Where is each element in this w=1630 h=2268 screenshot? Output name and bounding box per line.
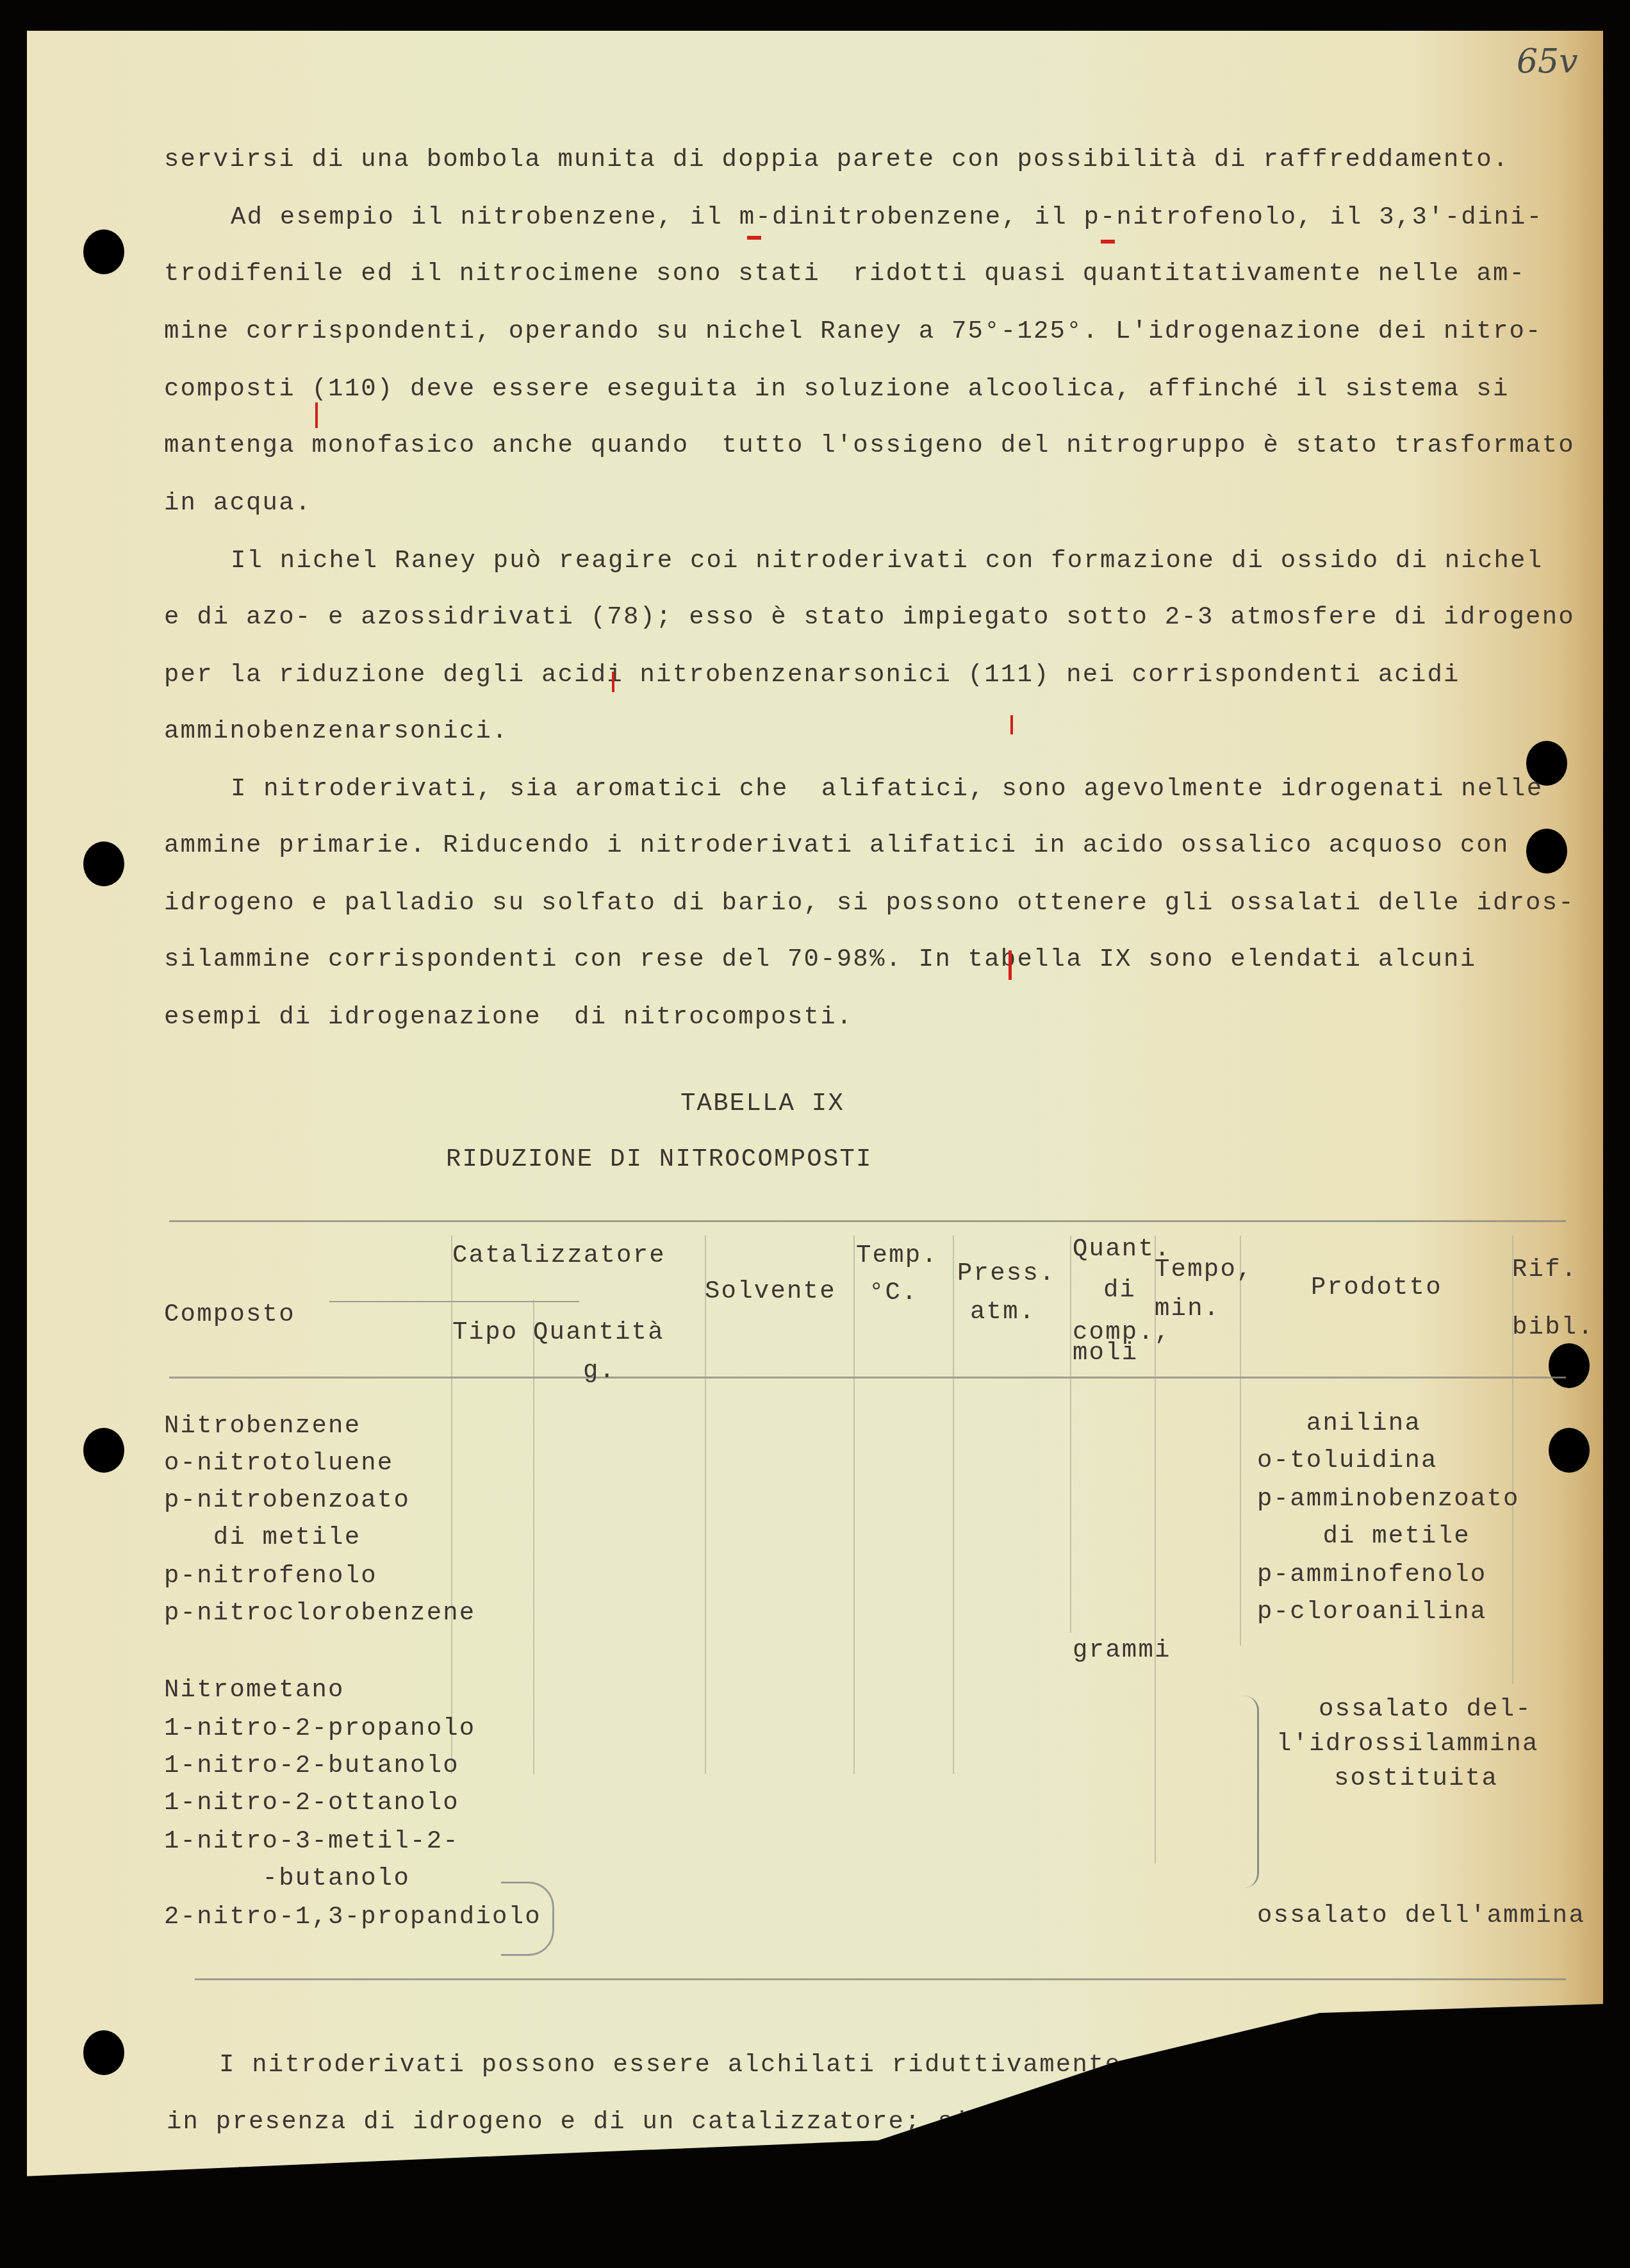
table-cell: di metile: [1257, 1524, 1470, 1549]
pencil-brace-annotation: [1244, 1696, 1259, 1888]
table-cell: Nitrobenzene: [164, 1414, 361, 1439]
header-solvente: Solvente: [705, 1279, 836, 1304]
header-prodotto: Prodotto: [1311, 1275, 1442, 1300]
punch-hole-icon: [83, 2030, 124, 2075]
red-tick-mark: [1008, 950, 1012, 980]
red-bracket-mark: [315, 402, 318, 428]
text-line: trodifenile ed il nitrocimene sono stati…: [164, 261, 1526, 286]
table-cell: sostituita: [1334, 1766, 1498, 1791]
table-cell: p-nitroclorobenzene: [164, 1601, 475, 1626]
text-line: composti (110) deve essere eseguita in s…: [164, 377, 1510, 402]
red-underline-mark: [1101, 240, 1115, 244]
punch-hole-icon: [1549, 1343, 1590, 1388]
table-title: TABELLA IX: [680, 1091, 844, 1116]
text-line: in acqua.: [164, 491, 311, 516]
header-tempo-1: Tempo,: [1155, 1257, 1253, 1282]
table-cell: o-nitrotoluene: [164, 1451, 393, 1476]
text-line: silammine corrispondenti con rese del 70…: [164, 947, 1476, 972]
header-quantita-unit: g.: [583, 1359, 616, 1384]
column-divider: [533, 1300, 534, 1774]
header-temp-2: °C.: [869, 1280, 918, 1305]
document-page: 65v servirsi di una bombola munita di do…: [27, 31, 1603, 2268]
table-cell: di metile: [164, 1525, 361, 1550]
header-quantita: Quantità: [533, 1320, 664, 1345]
red-bracket-mark: [1010, 715, 1013, 734]
text-line: in presenza di idrogeno e di un catalizz…: [167, 2110, 1528, 2135]
table-subtitle: RIDUZIONE DI NITROCOMPOSTI: [446, 1147, 873, 1172]
header-tipo: Tipo: [452, 1320, 518, 1345]
table-cell: p-nitrobenzoato: [164, 1488, 410, 1513]
table-cell: p-amminofenolo: [1257, 1562, 1486, 1587]
table-cell: ossalato del-: [1319, 1697, 1532, 1722]
text-line: mantenga monofasico anche quando tutto l…: [164, 433, 1575, 458]
text-line: Ad esempio il nitrobenzene, il m-dinitro…: [231, 205, 1543, 230]
column-divider: [451, 1236, 452, 1774]
text-line: mine corrispondenti, operando su nichel …: [164, 319, 1542, 344]
table-cell: 1-nitro-2-butanolo: [164, 1753, 459, 1778]
punch-hole-icon: [1549, 1428, 1590, 1473]
punch-hole-icon: [83, 841, 124, 886]
table-cell: anilina: [1257, 1411, 1421, 1436]
text-line: sostituite , ammine secondarie, ed in qu…: [167, 2166, 1577, 2191]
table-cell: 2-nitro-1,3-propandiolo: [164, 1905, 541, 1930]
column-divider: [853, 1236, 855, 1774]
table-cell: 1-nitro-2-ottanolo: [164, 1791, 459, 1816]
red-bracket-mark: [612, 672, 614, 692]
table-cell: Nitrometano: [164, 1678, 345, 1703]
table-cell: o-toluidina: [1257, 1448, 1438, 1473]
punch-hole-icon: [1526, 829, 1567, 873]
table-cell: p-nitrofenolo: [164, 1564, 377, 1589]
text-line: idrogeno e palladio su solfato di bario,…: [164, 891, 1575, 916]
column-divider: [1240, 1236, 1241, 1646]
handwritten-page-number: 65v: [1517, 42, 1578, 81]
header-quant-comp-2: di: [1103, 1278, 1136, 1303]
table-top-rule: [169, 1220, 1566, 1222]
table-cell: 1-nitro-3-metil-2-: [164, 1829, 459, 1854]
footer-page-number: -660-: [616, 2222, 698, 2247]
header-rif-1: Rif.: [1512, 1257, 1577, 1282]
pencil-loop-annotation: [501, 1882, 554, 1956]
text-line: e di azo- e azossidrivati (78); esso è s…: [164, 605, 1575, 630]
text-line: ammine primarie. Riducendo i nitroderiva…: [164, 833, 1510, 858]
table-cell: -butanolo: [164, 1866, 410, 1891]
text-line: esempi di idrogenazione di nitrocomposti…: [164, 1005, 853, 1030]
table-cell-quant-note: grammi: [1073, 1638, 1171, 1663]
text-line: amminobenzenarsonici.: [164, 719, 509, 744]
table-cell: l'idrossilammina: [1276, 1732, 1539, 1757]
header-composto: Composto: [164, 1302, 295, 1327]
column-divider: [953, 1236, 954, 1774]
text-line: servirsi di una bombola munita di doppia…: [164, 147, 1510, 172]
header-quant-comp-4: moli: [1073, 1341, 1138, 1366]
header-catalizzatore: Catalizzatore: [452, 1243, 666, 1268]
header-press-1: Press.: [957, 1261, 1056, 1286]
header-temp-1: Temp.: [856, 1243, 938, 1268]
punch-hole-icon: [83, 1428, 124, 1473]
text-line: per la riduzione degli acidi nitrobenzen…: [164, 663, 1460, 688]
text-line: Il nichel Raney può reagire coi nitroder…: [231, 549, 1543, 574]
table-cell: p-amminobenzoato: [1257, 1487, 1520, 1512]
text-line: I nitroderivati possono essere alchilati…: [219, 2053, 1483, 2078]
column-divider: [1512, 1236, 1513, 1684]
table-cell: 1-nitro-2-propanolo: [164, 1716, 475, 1741]
header-rif-2: bibl.: [1512, 1315, 1594, 1340]
header-tempo-2: min.: [1155, 1296, 1220, 1321]
table-header-rule: [169, 1377, 1566, 1378]
table-bottom-rule: [195, 1978, 1566, 1980]
text-line: I nitroderivati, sia aromatici che alifa…: [231, 777, 1543, 802]
table-cell: p-cloroanilina: [1257, 1600, 1486, 1625]
table-cell: ossalato dell'ammina: [1257, 1903, 1585, 1928]
column-divider: [1070, 1236, 1071, 1633]
column-divider: [705, 1236, 706, 1774]
red-underline-mark: [747, 236, 761, 240]
header-press-2: atm.: [970, 1300, 1035, 1325]
catalyst-sub-rule: [329, 1301, 579, 1302]
punch-hole-icon: [83, 229, 124, 274]
